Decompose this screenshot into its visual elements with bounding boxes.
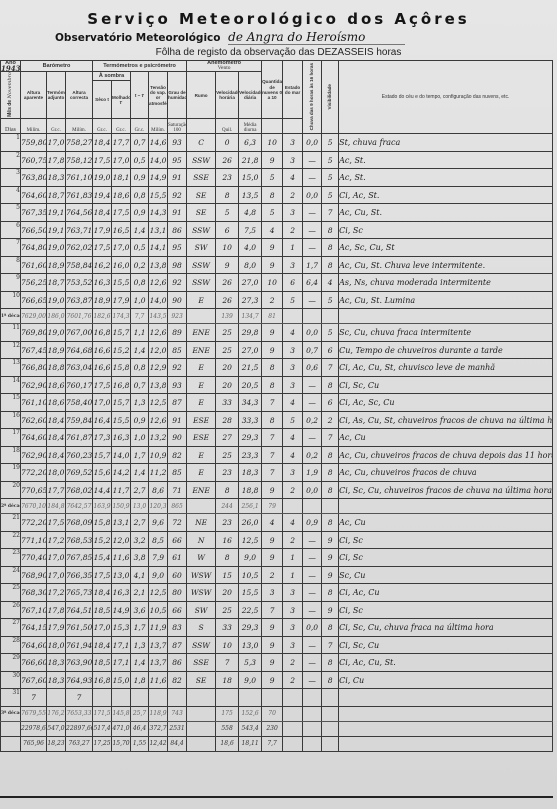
cell-hum: 91 xyxy=(168,169,187,187)
table-row: 26767,1017,8764,5118,514,93,610,566SW252… xyxy=(1,601,553,619)
cell-vis: 6 xyxy=(322,394,339,412)
cell-vis: 9 xyxy=(322,549,339,567)
cell-diff: 1,7 xyxy=(131,619,149,637)
cell-rain: — xyxy=(303,601,322,619)
cell-rain: 0,6 xyxy=(303,359,322,377)
cell-spd-h: 33 xyxy=(216,394,239,412)
table-row: 6766,5019,1763,7117,916,51,413,186SSW67,… xyxy=(1,221,553,239)
cell-diff: 2,1 xyxy=(131,584,149,602)
cell-vap: 9,0 xyxy=(149,566,168,584)
cell-rain: 0,2 xyxy=(303,446,322,464)
page-title: Serviço Meteorológico dos Açôres xyxy=(0,10,557,28)
cell-wet: 17,1 xyxy=(112,654,131,672)
cell-bar-app: 764,80 xyxy=(21,239,47,257)
total-sea xyxy=(283,721,303,736)
cell-bar-app: 762,60 xyxy=(21,411,47,429)
table-row: 3763,8018,3761,1019,018,10,914,991SSE231… xyxy=(1,169,553,187)
cell-wet: 17,0 xyxy=(112,151,131,169)
cell-spd-d: 13,5 xyxy=(239,186,262,204)
decade-spd-d: 134,7 xyxy=(239,309,262,324)
cell-vis: 8 xyxy=(322,481,339,499)
cell-dry: 17,5 xyxy=(93,239,112,257)
sky-description: As, Ns, chuva moderada intermitente xyxy=(339,274,553,292)
cell-vap: 14,6 xyxy=(149,134,168,152)
cell-hum: 82 xyxy=(168,671,187,689)
cell-wet: 15,5 xyxy=(112,411,131,429)
cell-sea: 1 xyxy=(283,566,303,584)
cell-bar-app: 761,60 xyxy=(21,256,47,274)
decade-hum: 865 xyxy=(168,499,187,514)
cell-spd-d: 5,3 xyxy=(239,654,262,672)
cell-hum: 92 xyxy=(168,186,187,204)
cell-bar-app: 764,60 xyxy=(21,186,47,204)
decade-label: 3ª década xyxy=(1,706,21,721)
cell-rain: — xyxy=(303,151,322,169)
cell-dir: ENE xyxy=(187,481,216,499)
cell-bar-app: 772,20 xyxy=(21,514,47,532)
cell-spd-h: 26 xyxy=(216,291,239,309)
observation-sheet: Serviço Meteorológico dos Açôres Observa… xyxy=(0,0,557,809)
day-number: 11 xyxy=(1,324,21,342)
cell-spd-d: 34,3 xyxy=(239,394,262,412)
cell-dry: 16,2 xyxy=(93,256,112,274)
cell-bar-corr: 763,71 xyxy=(66,221,93,239)
cell-hum: 95 xyxy=(168,239,187,257)
cell-sea: 3 xyxy=(283,341,303,359)
cell-bar-t: 17,9 xyxy=(47,619,66,637)
cell-wet: 17,5 xyxy=(112,204,131,222)
cell-vis: 8 xyxy=(322,446,339,464)
cell-rain: 0,2 xyxy=(303,411,322,429)
table-row: 2760,7517,8758,1217,517,00,514,095SSW262… xyxy=(1,151,553,169)
cell-dir: WSW xyxy=(187,584,216,602)
cell-spd-d: 27,3 xyxy=(239,291,262,309)
day-number: 12 xyxy=(1,341,21,359)
cell-vap: 14,3 xyxy=(149,204,168,222)
cell-rain: 0,0 xyxy=(303,186,322,204)
sky-description: Ci, Ac, St. xyxy=(339,186,553,204)
cell-spd-d: 21,5 xyxy=(239,359,262,377)
sky-description: Ci, Ac, Cu, St, chuvisco leve de manhã xyxy=(339,359,553,377)
cell-dir: E xyxy=(187,359,216,377)
cell-sea: 3 xyxy=(283,376,303,394)
decade-summary-row: 3ª década7679,55176,27653,33171,5145,825… xyxy=(1,706,553,721)
table-row: 16762,6018,4759,8416,415,50,912,691ESE28… xyxy=(1,411,553,429)
cell-dir: E xyxy=(187,291,216,309)
cell-sea: 1 xyxy=(283,549,303,567)
cell-bar-corr: 761,83 xyxy=(66,186,93,204)
sky-description: Sc, Cu, chuva fraca intermitente xyxy=(339,324,553,342)
cell-vis: 5 xyxy=(322,324,339,342)
day-number: 22 xyxy=(1,531,21,549)
days-header: Dias xyxy=(1,119,21,134)
cell-wet: 17,1 xyxy=(112,636,131,654)
cell-wet: 13,0 xyxy=(112,566,131,584)
total-dry: 517,4 xyxy=(93,721,112,736)
sky-description: Ci, Sc xyxy=(339,549,553,567)
cell-sea: 3 xyxy=(283,256,303,274)
sky-description: Ci, Cu xyxy=(339,671,553,689)
sky-description: Ci, Sc, Cu xyxy=(339,376,553,394)
table-row: 27764,1517,9761,5017,015,31,711,983S3329… xyxy=(1,619,553,637)
total-wet: 15,70 xyxy=(112,736,131,751)
cell-sea: 3 xyxy=(283,151,303,169)
total-hum: 84,4 xyxy=(168,736,187,751)
decade-dry: 171,5 xyxy=(93,706,112,721)
cell-wet: 14,2 xyxy=(112,464,131,482)
cell-vis: 8 xyxy=(322,239,339,257)
cell-hum: 92 xyxy=(168,274,187,292)
day-number: 29 xyxy=(1,654,21,672)
cell-spd-h: 20 xyxy=(216,376,239,394)
cell-bar-t: 17,5 xyxy=(47,514,66,532)
cell-sea: 3 xyxy=(283,601,303,619)
total-spd-d: 18,11 xyxy=(239,736,262,751)
cell-dir: E xyxy=(187,394,216,412)
cell-rain: 0,0 xyxy=(303,481,322,499)
day-number: 15 xyxy=(1,394,21,412)
cell-bar-corr: 758,12 xyxy=(66,151,93,169)
cell-diff: 0,8 xyxy=(131,359,149,377)
cell-hum: 85 xyxy=(168,341,187,359)
cell-diff xyxy=(131,689,149,707)
cell-wet: 11,7 xyxy=(112,481,131,499)
cell-bar-app: 762,90 xyxy=(21,376,47,394)
unit-label: Gr.c. xyxy=(112,119,131,134)
total-rain xyxy=(303,736,322,751)
cell-cloud: 9 xyxy=(262,531,283,549)
total-bar-corr: 763,27 xyxy=(66,736,93,751)
cell-bar-corr: 769,52 xyxy=(66,464,93,482)
cell-bar-corr: 767,00 xyxy=(66,324,93,342)
cell-spd-d: 29,8 xyxy=(239,324,262,342)
totals-label xyxy=(1,736,21,751)
cell-dry: 18,4 xyxy=(93,584,112,602)
cell-dry: 19,0 xyxy=(93,169,112,187)
decade-bar-app: 7670,10 xyxy=(21,499,47,514)
decade-label: 1ª década xyxy=(1,309,21,324)
cell-bar-corr: 762,02 xyxy=(66,239,93,257)
cell-rain: — xyxy=(303,429,322,447)
cell-spd-d: 15,0 xyxy=(239,169,262,187)
day-number: 6 xyxy=(1,221,21,239)
cell-diff: 1,7 xyxy=(131,446,149,464)
cell-bar-app: 768,90 xyxy=(21,566,47,584)
cell-bar-t: 17,0 xyxy=(47,549,66,567)
cell-spd-d: 29,3 xyxy=(239,429,262,447)
cell-spd-h: 33 xyxy=(216,619,239,637)
cell-dry: 17,3 xyxy=(93,429,112,447)
decade-rain xyxy=(303,499,322,514)
cell-vis: 8 xyxy=(322,671,339,689)
cloud-amount-header: Quantidade de nuvens 0 a 10 xyxy=(262,61,283,119)
cell-spd-h: 10 xyxy=(216,239,239,257)
sky-description: Ac, Cu xyxy=(339,429,553,447)
cell-vap: 7,9 xyxy=(149,549,168,567)
cell-dry: 15,6 xyxy=(93,464,112,482)
cell-dry: 18,5 xyxy=(93,654,112,672)
cell-bar-t: 18,4 xyxy=(47,446,66,464)
cell-sea: 3 xyxy=(283,134,303,152)
cell-bar-corr: 764,51 xyxy=(66,601,93,619)
observation-rows: 1759,8017,0758,2718,417,70,714,693C06,31… xyxy=(1,134,553,752)
cell-cloud: 8 xyxy=(262,186,283,204)
unit-label: Milím. xyxy=(66,119,93,134)
cell-dir: ENE xyxy=(187,341,216,359)
cell-bar-t: 17,2 xyxy=(47,584,66,602)
cell-hum: 66 xyxy=(168,601,187,619)
cell-dry: 17,0 xyxy=(93,619,112,637)
decade-vap: 143,5 xyxy=(149,309,168,324)
sky-description: Ci, Sc, Cu, chuveiros fracos de chuva na… xyxy=(339,481,553,499)
cell-spd-d: 27,0 xyxy=(239,274,262,292)
cell-wet: 14,9 xyxy=(112,601,131,619)
decade-bar-t: 184,8 xyxy=(47,499,66,514)
cell-cloud: 4 xyxy=(262,514,283,532)
cell-sea: 5 xyxy=(283,411,303,429)
cell-bar-corr: 759,84 xyxy=(66,411,93,429)
table-row: 25768,3017,2765,7318,416,32,112,580WSW20… xyxy=(1,584,553,602)
unit-label xyxy=(187,119,216,134)
cell-bar-t: 19,1 xyxy=(47,221,66,239)
decade-dry: 182,6 xyxy=(93,309,112,324)
cell-bar-app: 766,60 xyxy=(21,654,47,672)
cell-dir: SSW xyxy=(187,221,216,239)
sky-description: Ac, Cu, chuveiros fracos de chuva xyxy=(339,464,553,482)
table-row: 8761,6018,9758,8416,216,00,213,898SSW98,… xyxy=(1,256,553,274)
cell-cloud: 7 xyxy=(262,429,283,447)
day-number: 17 xyxy=(1,429,21,447)
thermometers-header: Termómetros e psicrómetro xyxy=(93,61,187,72)
total-dir xyxy=(187,721,216,736)
cell-rain: 0,0 xyxy=(303,619,322,637)
totals-row: 765,9618,23763,2717,2515,701,5512,4284,4… xyxy=(1,736,553,751)
cell-dir: C xyxy=(187,134,216,152)
cell-dir: SE xyxy=(187,186,216,204)
cell-bar-t: 18,3 xyxy=(47,169,66,187)
cell-vis: 5 xyxy=(322,151,339,169)
cell-cloud: 10 xyxy=(262,134,283,152)
cell-bar-corr: 761,87 xyxy=(66,429,93,447)
decade-sea xyxy=(283,706,303,721)
cell-hum: 92 xyxy=(168,359,187,377)
cell-sea: 2 xyxy=(283,654,303,672)
cell-cloud: 5 xyxy=(262,204,283,222)
cell-hum: 86 xyxy=(168,654,187,672)
unit-label xyxy=(283,119,303,134)
cell-vis: 4 xyxy=(322,274,339,292)
cell-wet: 15,8 xyxy=(112,359,131,377)
cell-wet: 16,5 xyxy=(112,221,131,239)
cell-dir: ESE xyxy=(187,429,216,447)
cell-diff: 1,1 xyxy=(131,324,149,342)
table-row: 29766,6018,3763,9018,517,11,413,786SSE75… xyxy=(1,654,553,672)
day-number: 10 xyxy=(1,291,21,309)
cell-spd-d: 29,3 xyxy=(239,619,262,637)
cell-hum: 83 xyxy=(168,619,187,637)
cell-rain: — xyxy=(303,584,322,602)
sky-description: Ci, As, Cu, St, chuveiros fracos de chuv… xyxy=(339,411,553,429)
cell-cloud: 8 xyxy=(262,376,283,394)
cell-spd-h: 26 xyxy=(216,274,239,292)
cell-vap: 13,7 xyxy=(149,654,168,672)
cell-bar-app: 764,15 xyxy=(21,619,47,637)
cell-vis: 8 xyxy=(322,514,339,532)
total-bar-app: 765,96 xyxy=(21,736,47,751)
day-number: 9 xyxy=(1,274,21,292)
unit-label xyxy=(262,119,283,134)
cell-rain: — xyxy=(303,636,322,654)
cell-vap: 12,6 xyxy=(149,324,168,342)
cell-sea: 3 xyxy=(283,584,303,602)
cell-diff: 1,8 xyxy=(131,671,149,689)
cell-wet: 15,2 xyxy=(112,341,131,359)
sky-description: Ac, St. xyxy=(339,151,553,169)
cell-vap: 11,2 xyxy=(149,464,168,482)
cell-cloud: 8 xyxy=(262,359,283,377)
cell-dry: 17,5 xyxy=(93,566,112,584)
cell-vis: 7 xyxy=(322,359,339,377)
t-diff-header: t − t' xyxy=(131,72,149,119)
cell-cloud: 9 xyxy=(262,654,283,672)
cell-bar-corr: 758,27 xyxy=(66,134,93,152)
cell-vap: 14,0 xyxy=(149,291,168,309)
decade-diff: 25,7 xyxy=(131,706,149,721)
decade-sea xyxy=(283,309,303,324)
cell-cloud: 9 xyxy=(262,256,283,274)
cell-vap: 9,6 xyxy=(149,514,168,532)
cell-diff: 1,4 xyxy=(131,341,149,359)
cell-spd-d: 12,5 xyxy=(239,531,262,549)
unit-label: Gr.c. xyxy=(131,119,149,134)
table-row: 7764,8019,0762,0217,517,00,514,195SW104,… xyxy=(1,239,553,257)
cell-spd-h: 5 xyxy=(216,204,239,222)
day-number: 20 xyxy=(1,481,21,499)
unit-label: Milím. xyxy=(21,119,47,134)
cell-bar-app: 764,60 xyxy=(21,636,47,654)
cell-vis: 7 xyxy=(322,204,339,222)
cell-spd-d: 10,5 xyxy=(239,566,262,584)
cell-bar-corr: 768,53 xyxy=(66,531,93,549)
bar-corrected-header: Altura correcta xyxy=(66,72,93,119)
cell-cloud: 2 xyxy=(262,566,283,584)
cell-vap: 10,5 xyxy=(149,601,168,619)
cell-bar-app: 760,75 xyxy=(21,151,47,169)
table-row: 19772,2018,0769,5215,614,21,411,285E2318… xyxy=(1,464,553,482)
table-row: 22771,1017,2768,5315,212,03,28,566N1612,… xyxy=(1,531,553,549)
cell-wet: 18,6 xyxy=(112,186,131,204)
cell-vap: 14,9 xyxy=(149,169,168,187)
total-vap: 12,42 xyxy=(149,736,168,751)
cell-bar-app: 769,80 xyxy=(21,324,47,342)
cell-dir: E xyxy=(187,464,216,482)
cell-cloud: 2 xyxy=(262,291,283,309)
cell-rain: 6,4 xyxy=(303,274,322,292)
day-number: 16 xyxy=(1,411,21,429)
decade-desc xyxy=(339,499,553,514)
cell-bar-corr: 760,17 xyxy=(66,376,93,394)
cell-hum: 93 xyxy=(168,134,187,152)
decade-hum: 923 xyxy=(168,309,187,324)
cell-diff: 1,0 xyxy=(131,429,149,447)
month-header: Mês de Novembro xyxy=(1,72,21,119)
cell-diff: 0,8 xyxy=(131,186,149,204)
cell-spd-h: 28 xyxy=(216,411,239,429)
decade-desc xyxy=(339,309,553,324)
cell-spd-d: 6,3 xyxy=(239,134,262,152)
cell-cloud: 8 xyxy=(262,411,283,429)
year-header: Ano1943 xyxy=(1,61,21,72)
cell-bar-app: 766,50 xyxy=(21,221,47,239)
cell-bar-corr: 753,52 xyxy=(66,274,93,292)
decade-wet: 150,9 xyxy=(112,499,131,514)
sky-description: Ci, Sc xyxy=(339,601,553,619)
cell-dry: 17,5 xyxy=(93,376,112,394)
day-number: 14 xyxy=(1,376,21,394)
cell-rain: 0,0 xyxy=(303,324,322,342)
cell-hum: 71 xyxy=(168,481,187,499)
bar-thermo-header: Termómetro adjunto xyxy=(47,72,66,119)
cell-diff: 0,7 xyxy=(131,134,149,152)
table-row: 28764,6018,0761,9418,417,11,313,787SSW10… xyxy=(1,636,553,654)
cell-spd-h: 26 xyxy=(216,151,239,169)
unit-label: Gr.c. xyxy=(47,119,66,134)
cell-bar-t: 18,3 xyxy=(47,671,66,689)
cell-cloud: 9 xyxy=(262,324,283,342)
totals-row: 22978,65547,022897,66517,4471,046,4372,7… xyxy=(1,721,553,736)
cell-dir xyxy=(187,689,216,707)
cell-dry xyxy=(93,689,112,707)
cell-bar-app: 7 xyxy=(21,689,47,707)
day-number: 23 xyxy=(1,549,21,567)
cell-spd-d: 33,3 xyxy=(239,411,262,429)
total-spd-h: 558 xyxy=(216,721,239,736)
cell-cloud: 7 xyxy=(262,394,283,412)
cell-rain: — xyxy=(303,549,322,567)
unit-label: Quil. xyxy=(216,119,239,134)
decade-diff: 13,0 xyxy=(131,499,149,514)
cell-dir: S xyxy=(187,619,216,637)
cell-spd-d: 4,0 xyxy=(239,239,262,257)
cell-hum: 90 xyxy=(168,429,187,447)
decade-dry: 163,9 xyxy=(93,499,112,514)
decade-summary-row: 2ª década7670,10184,87642,57163,9150,913… xyxy=(1,499,553,514)
cell-diff: 0,2 xyxy=(131,256,149,274)
sky-description: Ci, Sc, Cu, chuva fraca na última hora xyxy=(339,619,553,637)
cell-hum: 66 xyxy=(168,531,187,549)
cell-vap: 13,2 xyxy=(149,429,168,447)
speed-hourly-header: Velocidade horária xyxy=(216,72,239,119)
cell-bar-corr: 766,35 xyxy=(66,566,93,584)
cell-sea: 4 xyxy=(283,446,303,464)
cell-vis: 5 xyxy=(322,186,339,204)
cell-hum: 61 xyxy=(168,549,187,567)
cell-bar-app: 764,60 xyxy=(21,429,47,447)
cell-vap: 12,0 xyxy=(149,341,168,359)
decade-spd-d: 152,6 xyxy=(239,706,262,721)
cell-spd-d: 7,5 xyxy=(239,221,262,239)
cell-bar-corr: 758,40 xyxy=(66,394,93,412)
cell-sea: 2 xyxy=(283,531,303,549)
cell-bar-app: 767,10 xyxy=(21,601,47,619)
cell-vis: 8 xyxy=(322,584,339,602)
cell-bar-corr: 764,68 xyxy=(66,341,93,359)
day-number: 2 xyxy=(1,151,21,169)
totals-desc xyxy=(339,721,553,736)
cell-hum: 60 xyxy=(168,566,187,584)
cell-bar-t: 18,6 xyxy=(47,394,66,412)
day-number: 7 xyxy=(1,239,21,257)
